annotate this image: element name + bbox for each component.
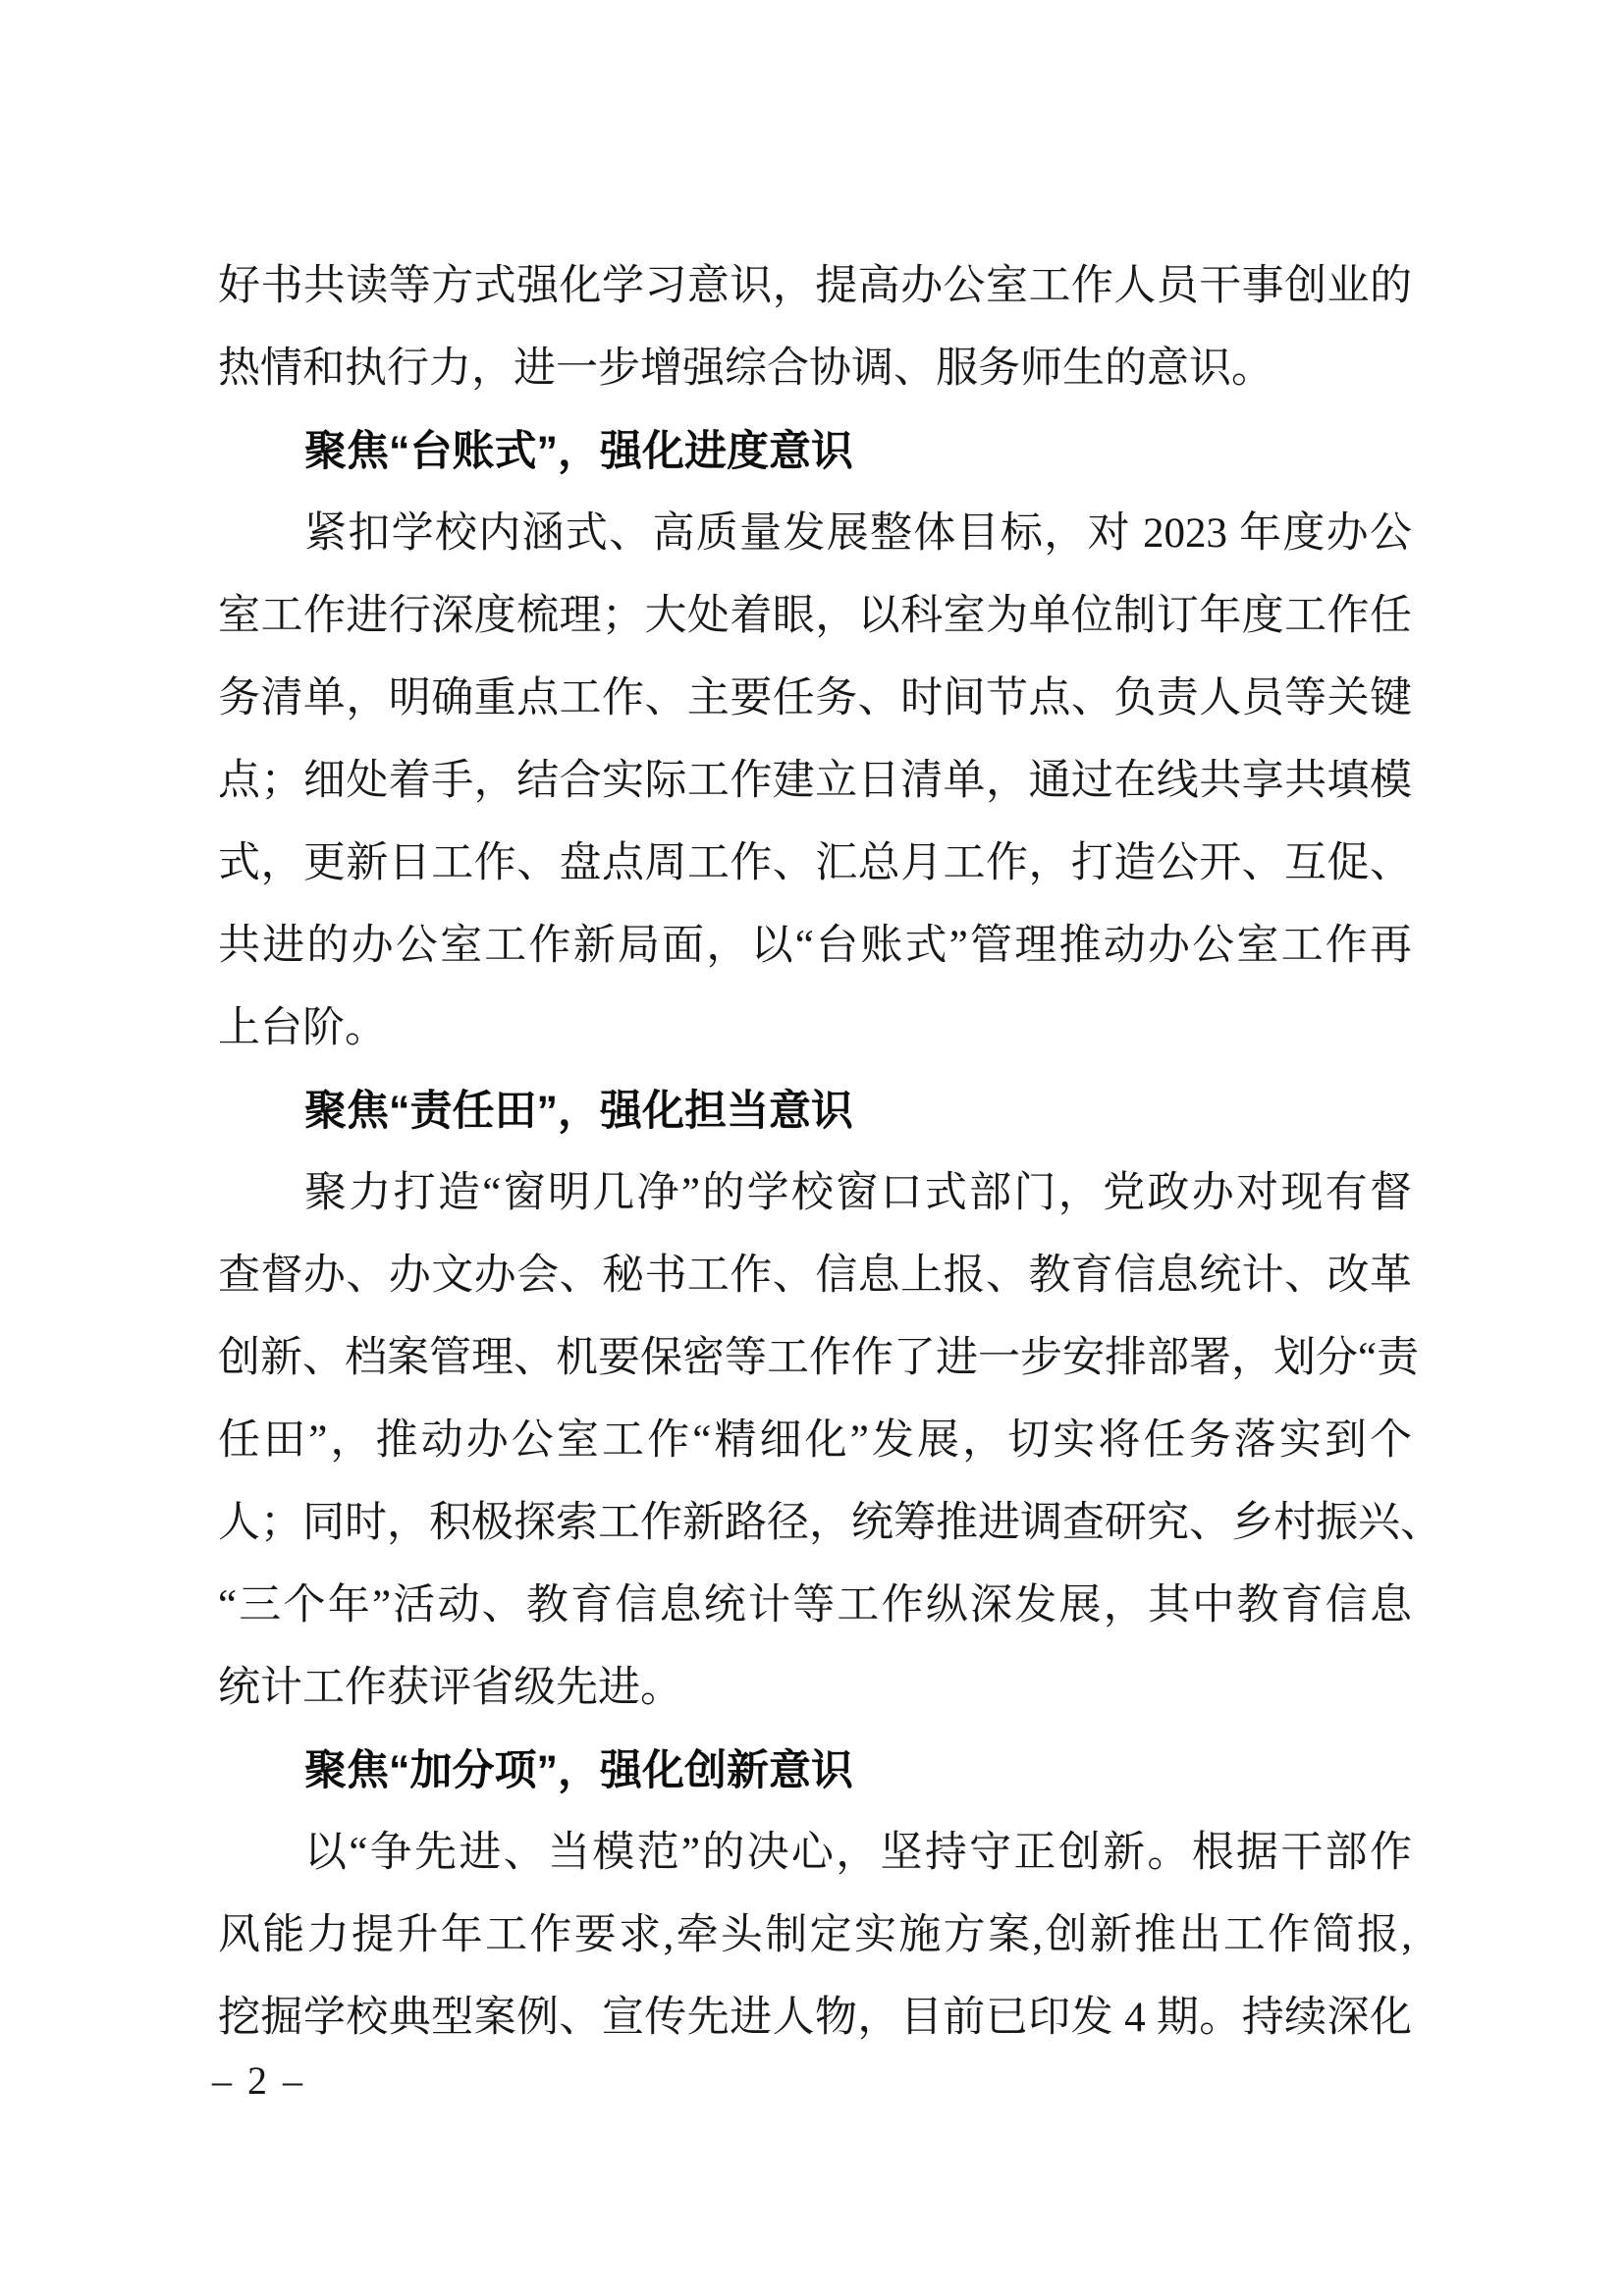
text-line: 好书共读等方式强化学习意识，提高办公室工作人员干事创业的 (218, 245, 1412, 328)
text-line: 紧扣学校内涵式、高质量发展整体目标，对 2023 年度办公 (218, 493, 1412, 575)
text-line: 风能力提升年工作要求,牵头制定实施方案,创新推出工作简报, (218, 1895, 1412, 1977)
text-line: 室工作进行深度梳理；大处着眼，以科室为单位制订年度工作任 (218, 575, 1412, 658)
section-heading: 聚焦“加分项”，强化创新意识 (218, 1730, 1412, 1812)
text-line: 热情和执行力，进一步增强综合协调、服务师生的意识。 (218, 328, 1412, 410)
text-line: “三个年”活动、教育信息统计等工作纵深发展，其中教育信息 (218, 1565, 1412, 1647)
section-heading: 聚焦“责任田”，强化担当意识 (218, 1070, 1412, 1152)
text-line: 式，更新日工作、盘点周工作、汇总月工作，打造公开、互促、 (218, 823, 1412, 905)
document-body: 好书共读等方式强化学习意识，提高办公室工作人员干事创业的 热情和执行力，进一步增… (218, 245, 1412, 2059)
text-line: 挖掘学校典型案例、宣传先进人物，目前已印发 4 期。持续深化 (218, 1977, 1412, 2059)
text-line: 查督办、办文办会、秘书工作、信息上报、教育信息统计、改革 (218, 1235, 1412, 1317)
text-line: 点；细处着手，结合实际工作建立日清单，通过在线共享共填模 (218, 740, 1412, 823)
text-line: 务清单，明确重点工作、主要任务、时间节点、负责人员等关键 (218, 658, 1412, 740)
text-line: 人；同时，积极探索工作新路径，统筹推进调查研究、乡村振兴、 (218, 1482, 1412, 1565)
document-page: 好书共读等方式强化学习意识，提高办公室工作人员干事创业的 热情和执行力，进一步增… (0, 0, 1624, 2296)
text-line: 聚力打造“窗明几净”的学校窗口式部门，党政办对现有督 (218, 1152, 1412, 1235)
text-line: 任田”，推动办公室工作“精细化”发展，切实将任务落实到个 (218, 1400, 1412, 1482)
text-line: 上台阶。 (218, 988, 1412, 1070)
text-line: 统计工作获评省级先进。 (218, 1647, 1412, 1730)
text-line: 以“争先进、当模范”的决心，坚持守正创新。根据干部作 (218, 1812, 1412, 1895)
section-heading: 聚焦“台账式”，强化进度意识 (218, 410, 1412, 493)
text-line: 创新、档案管理、机要保密等工作作了进一步安排部署，划分“责 (218, 1317, 1412, 1400)
page-number: – 2 – (212, 2057, 305, 2105)
text-line: 共进的办公室工作新局面，以“台账式”管理推动办公室工作再 (218, 905, 1412, 988)
